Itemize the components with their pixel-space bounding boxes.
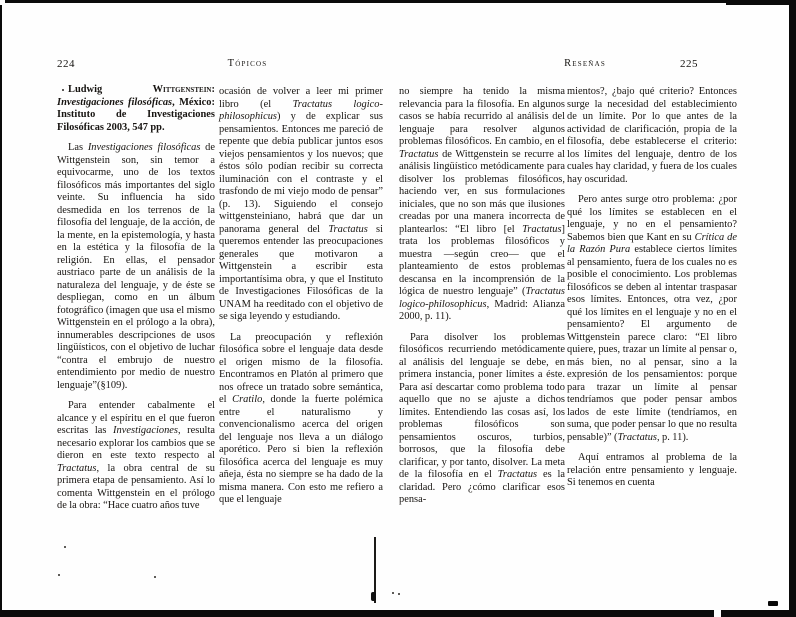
page-gutter-blob bbox=[371, 592, 376, 601]
scan-edge-right bbox=[789, 0, 796, 612]
right-page: Reseñas 225 no siempre ha tenido la mism… bbox=[0, 0, 796, 617]
text-segment: Tractatus bbox=[522, 224, 561, 235]
text-segment: , p. 11). bbox=[657, 432, 688, 443]
text-segment: mientos?, ¿bajo qué criterio? Entonces s… bbox=[567, 86, 737, 185]
text-segment: Para disolver los problemas filosóficos … bbox=[399, 332, 565, 481]
scan-edge-left bbox=[0, 5, 2, 612]
book-scan: 224 Tópicos Ludwig Wittgenstein: Investi… bbox=[0, 0, 796, 617]
scan-speck bbox=[58, 574, 60, 576]
page-number-right: 225 bbox=[680, 58, 698, 70]
scan-speck bbox=[154, 576, 156, 578]
paragraph: mientos?, ¿bajo qué criterio? Entonces s… bbox=[567, 86, 737, 186]
scan-stray-mark bbox=[768, 601, 778, 606]
text-segment: Tractatus bbox=[618, 432, 657, 443]
scan-edge-top-right bbox=[726, 0, 796, 5]
right-page-column-1: no siempre ha tenido la misma relevancia… bbox=[399, 86, 565, 515]
scan-speck bbox=[64, 546, 66, 548]
paragraph: Para disolver los problemas filosóficos … bbox=[399, 332, 565, 507]
paragraph: Aquí entramos al problema de la relación… bbox=[567, 452, 737, 490]
text-segment: establece ciertos límites al pensamiento… bbox=[567, 244, 737, 443]
text-segment: de Wittgenstein se recurre al análisis l… bbox=[399, 149, 565, 235]
paragraph: Pero antes surge otro problema: ¿por qué… bbox=[567, 194, 737, 444]
scan-speck bbox=[392, 592, 394, 594]
right-page-column-2: mientos?, ¿bajo qué criterio? Entonces s… bbox=[567, 86, 737, 498]
scan-edge-top bbox=[5, 0, 796, 3]
running-header-right: Reseñas bbox=[525, 58, 645, 69]
scan-speck bbox=[62, 89, 64, 91]
text-segment: Tractatus bbox=[399, 149, 438, 160]
text-segment: Tractatus bbox=[498, 469, 537, 480]
scan-edge-bottom-notch bbox=[714, 610, 721, 617]
text-segment: Aquí entramos al problema de la relación… bbox=[567, 452, 737, 488]
paragraph: no siempre ha tenido la misma relevancia… bbox=[399, 86, 565, 324]
scan-edge-bottom bbox=[0, 610, 796, 617]
scan-speck bbox=[398, 593, 400, 595]
text-segment: no siempre ha tenido la misma relevancia… bbox=[399, 86, 565, 147]
